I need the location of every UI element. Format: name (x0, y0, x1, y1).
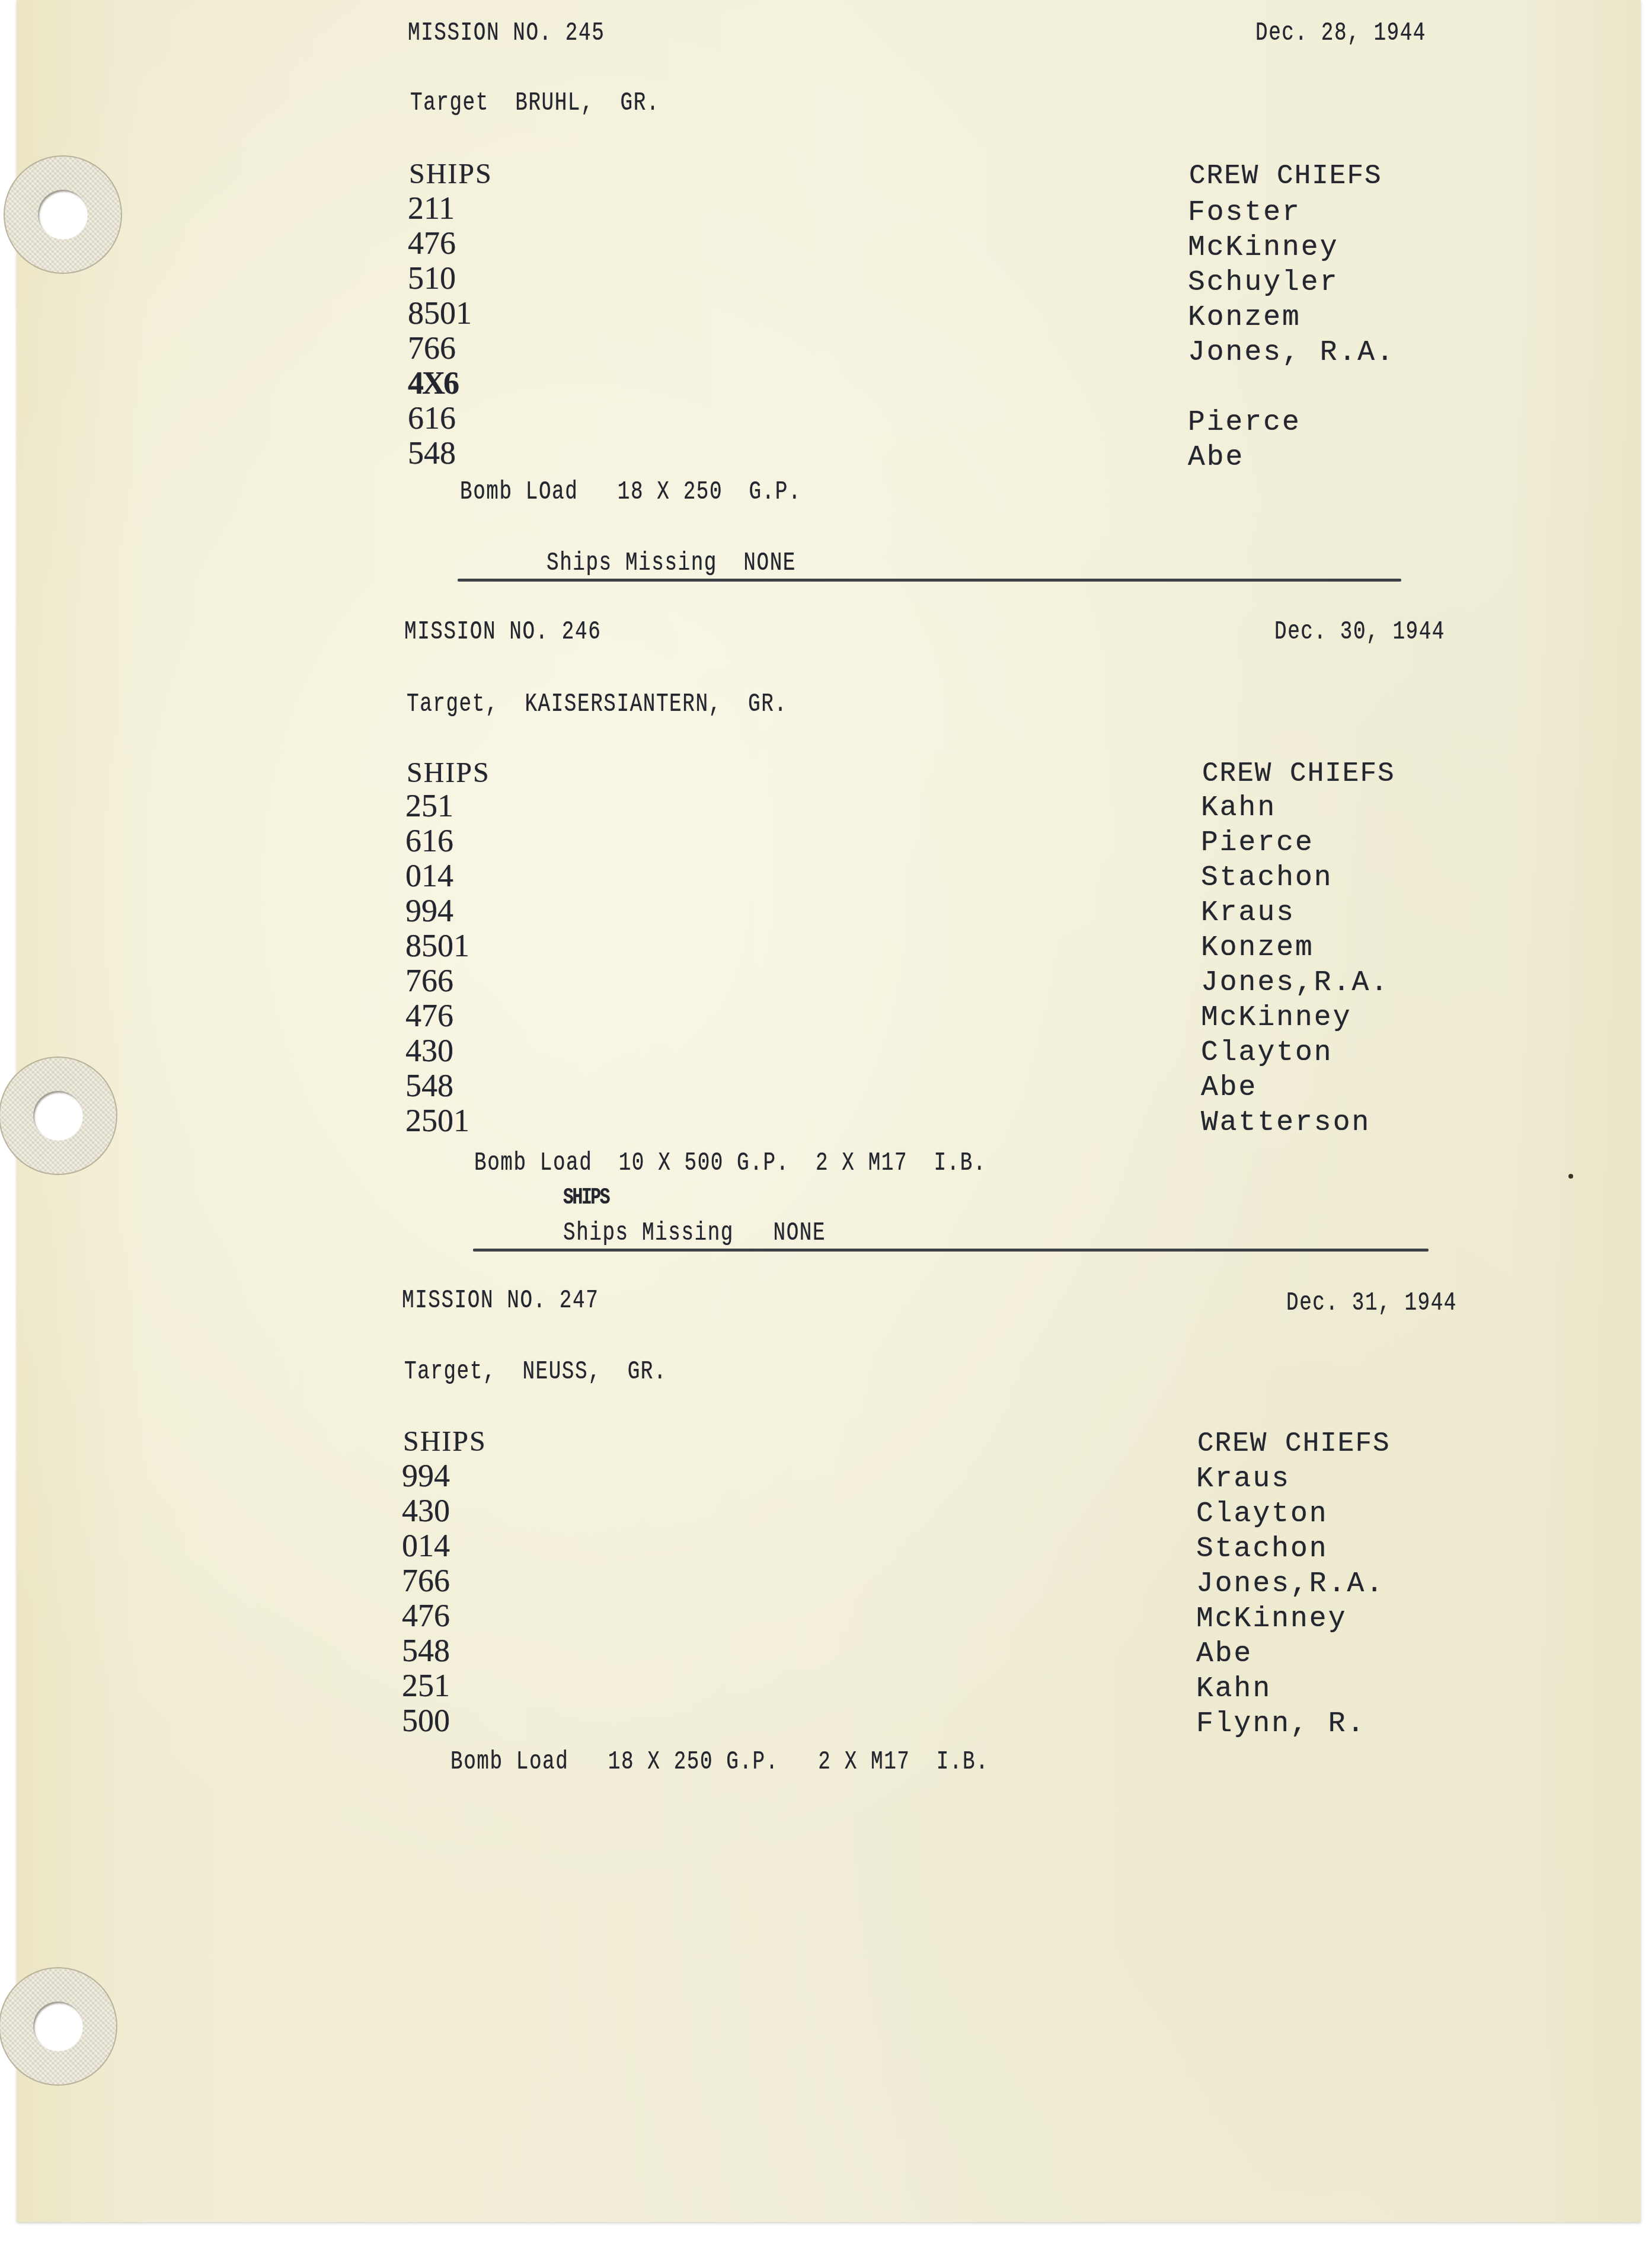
ship-number-struck: 4X6 (408, 366, 472, 401)
crew-chief: Clayton (1196, 1497, 1385, 1532)
typed-page (17, 0, 1641, 2222)
ship-number: 8501 (405, 928, 469, 963)
ships-header: SHIPS (403, 1428, 487, 1456)
bomb-load: Bomb Load 18 X 250 G.P. 2 X M17 I.B. (450, 1749, 989, 1775)
mission-title: MISSION NO. 246 (404, 619, 601, 645)
mission-target: Target, NEUSS, GR. (404, 1359, 667, 1385)
ship-number: 430 (402, 1493, 450, 1528)
crew-chiefs-header: CREW CHIEFS (1202, 760, 1395, 787)
crew-chief: Schuyler (1188, 266, 1395, 301)
crew-chief: Abe (1188, 440, 1395, 475)
ship-number: 476 (405, 998, 469, 1033)
crew-chief (1188, 371, 1395, 406)
crew-chief: Konzem (1201, 931, 1389, 966)
ships-list: 994 430 014 766 476 548 251 500 (402, 1458, 450, 1738)
crew-chief: McKinney (1201, 1001, 1389, 1036)
punch-hole (33, 1091, 83, 1141)
crew-chief: Jones,R.A. (1201, 966, 1389, 1001)
crew-chief: Jones,R.A. (1196, 1567, 1385, 1602)
ships-missing: Ships Missing NONE (563, 1220, 826, 1246)
crew-chief: Abe (1196, 1637, 1385, 1672)
crew-chief: Clayton (1201, 1036, 1389, 1071)
ships-missing: Ships Missing NONE (547, 550, 796, 576)
ship-number: 430 (405, 1033, 469, 1068)
ship-number: 500 (402, 1703, 450, 1738)
mission-date: Dec. 28, 1944 (1255, 20, 1426, 46)
ship-number: 766 (408, 331, 472, 366)
crew-chief: Kahn (1196, 1672, 1385, 1707)
crew-chief: Pierce (1188, 406, 1395, 440)
ship-number: 766 (405, 963, 469, 998)
ships-header: SHIPS (409, 160, 493, 189)
crew-chiefs-header: CREW CHIEFS (1197, 1430, 1391, 1457)
crew-chiefs-list: Kahn Pierce Stachon Kraus Konzem Jones,R… (1201, 791, 1389, 1141)
mission-date: Dec. 30, 1944 (1274, 619, 1445, 645)
crew-chief: Kraus (1196, 1462, 1385, 1497)
struck-word: SHIPS (563, 1187, 609, 1209)
punch-hole (33, 2002, 83, 2051)
crew-chief: Foster (1188, 196, 1395, 231)
crew-chief: Flynn, R. (1196, 1707, 1385, 1742)
ship-number: 2501 (405, 1103, 469, 1138)
ship-number: 548 (402, 1633, 450, 1668)
ship-number: 476 (408, 226, 472, 261)
crew-chief: Stachon (1201, 861, 1389, 896)
crew-chief: Watterson (1201, 1106, 1389, 1141)
section-divider (458, 579, 1401, 582)
crew-chief: Pierce (1201, 826, 1389, 861)
mission-date: Dec. 31, 1944 (1286, 1290, 1457, 1316)
ship-number: 251 (402, 1668, 450, 1703)
mission-title: MISSION NO. 245 (408, 20, 605, 46)
crew-chief: McKinney (1196, 1602, 1385, 1637)
bomb-load: Bomb Load 10 X 500 G.P. 2 X M17 I.B. (474, 1150, 986, 1176)
crew-chiefs-list: Kraus Clayton Stachon Jones,R.A. McKinne… (1196, 1462, 1385, 1742)
punch-hole (38, 190, 88, 240)
ships-header: SHIPS (407, 759, 490, 787)
mission-title: MISSION NO. 247 (402, 1288, 599, 1314)
ship-number: 510 (408, 261, 472, 296)
ship-number: 548 (405, 1068, 469, 1103)
ship-number: 211 (408, 191, 472, 226)
crew-chief: Stachon (1196, 1532, 1385, 1567)
ship-number: 251 (405, 789, 469, 823)
mission-target: Target, KAISERSIANTERN, GR. (407, 691, 788, 717)
crew-chief: Konzem (1188, 301, 1395, 336)
ships-list: 211 476 510 8501 766 4X6 616 548 (408, 191, 472, 471)
hole-reinforcement-icon (0, 1967, 117, 2086)
crew-chief: Kraus (1201, 896, 1389, 931)
hole-reinforcement-icon (4, 155, 122, 274)
ship-number: 616 (408, 401, 472, 436)
ship-number: 994 (402, 1458, 450, 1493)
ship-number: 014 (402, 1528, 450, 1563)
mission-target: Target BRUHL, GR. (410, 90, 660, 116)
crew-chief: McKinney (1188, 231, 1395, 266)
ships-list: 251 616 014 994 8501 766 476 430 548 250… (405, 789, 469, 1138)
crew-chief: Jones, R.A. (1188, 336, 1395, 371)
crew-chiefs-header: CREW CHIEFS (1189, 162, 1382, 190)
ship-number: 476 (402, 1598, 450, 1633)
crew-chiefs-list: Foster McKinney Schuyler Konzem Jones, R… (1188, 196, 1395, 475)
ink-speck (1568, 1174, 1573, 1179)
ship-number: 548 (408, 436, 472, 471)
crew-chief: Kahn (1201, 791, 1389, 826)
hole-reinforcement-icon (0, 1056, 117, 1175)
ship-number: 8501 (408, 296, 472, 331)
ship-number: 766 (402, 1563, 450, 1598)
crew-chief: Abe (1201, 1071, 1389, 1106)
ship-number: 994 (405, 893, 469, 928)
bomb-load: Bomb LOad 18 X 250 G.P. (460, 479, 801, 505)
ship-number: 014 (405, 858, 469, 893)
ship-number: 616 (405, 823, 469, 858)
section-divider (473, 1249, 1429, 1252)
